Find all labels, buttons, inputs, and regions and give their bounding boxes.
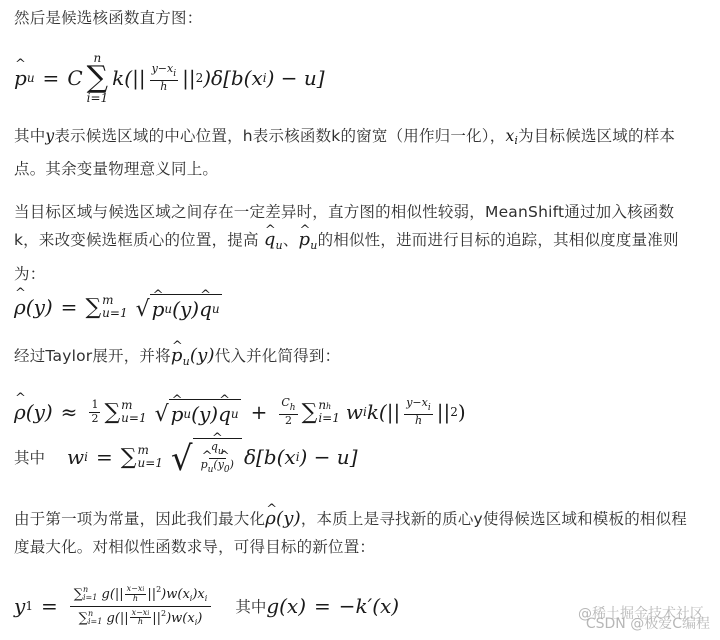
sigma-icon: ∑ (74, 587, 83, 602)
p-hat: p (201, 459, 208, 471)
frac-num-sub: i (142, 586, 144, 593)
subscript-u: u (310, 239, 317, 252)
square-root: √ pu(y)qu (136, 294, 222, 321)
delta-term-end: ) − u] (300, 445, 358, 469)
radical-icon: √ (155, 404, 169, 426)
equals-sign: = (41, 594, 58, 618)
rho-hat: ρ (14, 295, 26, 319)
sum-lower: u=1 (102, 307, 127, 320)
kernel-open: k(|| (112, 66, 145, 90)
subscript-u: u (183, 355, 190, 368)
sum-lower: i=1 (88, 618, 102, 626)
text-segment: 为： (14, 265, 45, 283)
subscript-i: i (205, 594, 208, 603)
paragraph-candidate-histogram: 然后是候选核函数直方图： (14, 9, 202, 27)
y-hat: y (218, 459, 224, 471)
formula-new-position: y1 = ∑ni=1 g(||x−xih||2)w(xi)xi ∑ni=1 g(… (14, 580, 399, 632)
paragraph-meanshift-description: 当目标区域与候选区域之间存在一定差异时，直方图的相似性较弱，MeanShift通… (14, 198, 710, 288)
equals-sign: = (314, 594, 331, 618)
fraction: y−xi h (150, 63, 179, 93)
frac-num-sub: i (147, 610, 149, 617)
norm-close: || (437, 400, 450, 424)
sigma-icon: ∑ (104, 400, 120, 425)
formula-candidate-histogram: pu = C n ∑ i=1 k(|| y−xi h ||2 )δ[b(xi) … (14, 50, 325, 106)
paragraph-variable-definitions: 其中y表示候选区域的中心位置，h表示核函数k的窗宽（用作归一化），xi为目标候选… (14, 122, 710, 183)
neg-k-prime: −k′(x) (339, 594, 399, 618)
subscript-1: 1 (25, 599, 33, 613)
sigma-icon: ∑ (79, 610, 88, 625)
rho-hat: ρ (265, 505, 276, 533)
text-segment: 由于第一项为常量，因此我们最大化 (14, 510, 265, 528)
fraction-mean-shift: ∑ni=1 g(||x−xih||2)w(xi)xi ∑ni=1 g(||x−x… (70, 585, 212, 627)
fraction: y−xi h (404, 397, 433, 427)
text-segment: 、 (283, 231, 299, 249)
w-term: )w(x (166, 610, 195, 625)
delta-term: δ[b(x (244, 445, 296, 469)
paragraph-taylor-expansion: 经过Taylor展开，并将pu(y)代入并化简得到： (14, 342, 710, 376)
constant-c: C (67, 66, 82, 90)
frac-denominator: h (158, 81, 169, 93)
norm-close: || (147, 587, 156, 602)
summation: n ∑ i=1 (87, 52, 109, 105)
rho-arg: (y) (26, 295, 53, 319)
label-where: 其中 (235, 595, 266, 617)
power-2: 2 (450, 405, 458, 419)
q-hat: q (218, 402, 231, 426)
frac-denominator: 2 (89, 413, 100, 425)
frac-numerator: y−x (152, 62, 174, 75)
equals-sign: = (43, 66, 60, 90)
formula-weight-definition: 其中 wi = ∑ mu=1 √ qu pu(y0) δ[b(xi) − u] (14, 434, 358, 480)
frac-denominator: h (136, 618, 145, 627)
text-segment: 当目标区域与候选区域之间存在一定差异时，直方图的相似性较弱，MeanShift通… (14, 203, 674, 221)
inner-fraction: x−xih (130, 609, 152, 628)
delta-term: )δ[b(x (203, 66, 263, 90)
text-segment: 度最大化。对相似性函数求导，可得目标的新位置： (14, 538, 375, 556)
rho-arg: (y) (26, 400, 53, 424)
p-arg: (y) (191, 402, 218, 426)
close-paren: ) (458, 400, 466, 424)
sigma-icon: ∑ (302, 400, 318, 425)
subscript-i: i (84, 450, 88, 464)
equals-sign: = (96, 445, 113, 469)
subscript-u: u (27, 71, 35, 85)
p-hat: p (14, 66, 27, 90)
text-segment: k，来改变候选框质心的位置，提高 (14, 231, 264, 249)
watermark: @稀土掘金技术社区 CSDN @极爱C编程 (586, 617, 710, 632)
text-segment: 点。其余变量物理意义同上。 (14, 160, 218, 178)
g-of-x: g(x) (266, 594, 306, 618)
formula-similarity-measure: ρ(y) = ∑ mu=1 √ pu(y)qu (14, 290, 224, 324)
weight-w: w (67, 445, 84, 469)
subscript-u: u (183, 407, 191, 421)
sum-lower: i=1 (87, 92, 109, 104)
text-segment: 表示候选区域的中心位置，h表示核函数k的窗宽（用作归一化）， (54, 127, 505, 145)
radical-icon: √ (136, 299, 150, 321)
p-arg: (y) (190, 345, 215, 366)
subscript-u: u (231, 407, 239, 421)
g-open: g(|| (102, 587, 124, 602)
square-root: √ pu(y)qu (155, 399, 241, 426)
frac-numerator: 1 (89, 399, 100, 412)
summation: ∑ nhi=1 (302, 399, 340, 424)
summation: ∑ mu=1 (121, 444, 163, 469)
p-hat: p (171, 342, 183, 370)
radical-icon: √ (171, 442, 193, 476)
subscript-u: u (164, 302, 172, 316)
rho-hat: ρ (14, 400, 26, 424)
frac-num-sub: i (428, 403, 431, 413)
g-open: g(|| (106, 610, 128, 625)
sigma-icon: ∑ (121, 445, 137, 470)
inner-fraction: x−xih (125, 585, 147, 604)
q-hat: q (264, 226, 276, 254)
sum-lower: u=1 (121, 412, 146, 425)
equals-sign: = (61, 295, 78, 319)
sum-lower: u=1 (137, 457, 162, 470)
sum-lower: i=1 (83, 594, 97, 602)
rho-arg: (y) (276, 508, 301, 529)
kernel-open: k(|| (367, 400, 400, 424)
p-hat: p (152, 297, 165, 321)
frac-numerator: C (281, 396, 289, 409)
text-segment: 经过Taylor展开，并将 (14, 347, 171, 365)
weight-w: w (346, 400, 363, 424)
norm-close: || (182, 66, 195, 90)
frac-num-sub: i (173, 69, 176, 79)
norm-close: || (152, 610, 161, 625)
paren-close: ) (230, 458, 234, 471)
frac-numerator: y−x (406, 396, 428, 409)
text-segment: ，本质上是寻找新的质心y使得候选区域和模板的相似程 (301, 510, 687, 528)
square-root: √ qu pu(y0) (171, 438, 242, 476)
p-hat: p (299, 226, 311, 254)
frac-numerator: x−x (127, 584, 143, 593)
text-segment: 其中 (14, 127, 45, 145)
label-where: 其中 (14, 446, 45, 468)
subscript-u: u (276, 239, 283, 252)
approx-sign: ≈ (61, 400, 78, 424)
sum-lower: i=1 (318, 412, 340, 425)
p-arg: (y) (172, 297, 199, 321)
intro-heading-text: 然后是候选核函数直方图： (14, 4, 710, 32)
fraction: qu pu(y0) (199, 441, 236, 476)
frac-denominator: h (131, 595, 140, 604)
fraction-ch: Ch2 (279, 397, 297, 427)
text-segment: 为目标候选区域的样本 (518, 127, 675, 145)
sigma-icon: ∑ (85, 295, 101, 320)
text-segment: 代入并化简得到： (215, 347, 341, 365)
q-hat: q (199, 297, 212, 321)
subscript-u: u (212, 302, 220, 316)
formula-taylor-approximation: ρ(y) ≈ 12 ∑ mu=1 √ pu(y)qu + Ch2 ∑ nhi=1… (14, 392, 466, 432)
frac-denominator: h (413, 415, 424, 427)
summation: ∑ mu=1 (104, 399, 146, 424)
frac-numerator: x−x (132, 608, 148, 617)
fraction-half: 12 (89, 399, 100, 424)
var-y: y (14, 594, 25, 618)
summation: ∑ mu=1 (85, 294, 127, 319)
text-segment: 的相似性，进而进行目标的追踪，其相似度度量准则 (318, 231, 679, 249)
sigma-icon: ∑ (87, 64, 108, 93)
delta-term-end: ) − u] (267, 66, 325, 90)
x-term: )x (192, 587, 204, 602)
p-hat: p (171, 402, 184, 426)
close-paren: ) (197, 610, 202, 625)
paragraph-maximize-similarity: 由于第一项为常量，因此我们最大化ρ(y)，本质上是寻找新的质心y使得候选区域和模… (14, 505, 710, 561)
subscript-h: h (290, 403, 296, 413)
w-term: )w(x (161, 587, 190, 602)
watermark-csdn: CSDN @极爱C编程 (586, 617, 710, 632)
plus-sign: + (251, 400, 268, 424)
frac-denominator: 2 (283, 415, 294, 427)
